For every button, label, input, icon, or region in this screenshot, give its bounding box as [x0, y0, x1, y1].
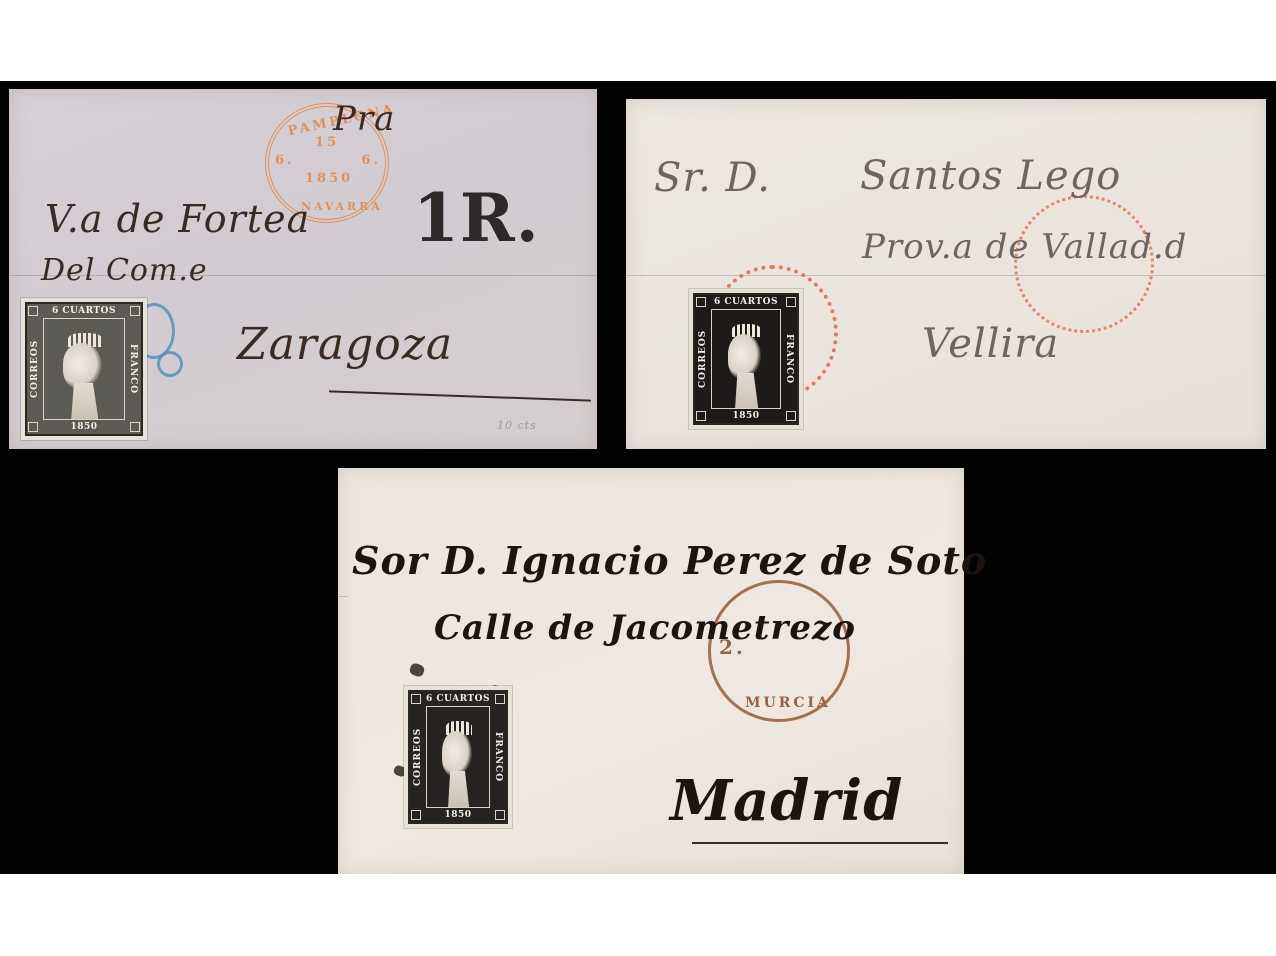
fold-line: [626, 275, 1266, 276]
stamp-6-cuartos-grey: 6 CUARTOS CORREOS FRANCO 1850: [21, 298, 147, 440]
underline: [692, 842, 948, 844]
postmark-murcia: 2. MURCIA: [708, 580, 850, 722]
address-line: Calle de Jacometrezo: [434, 608, 856, 648]
address-line: Madrid: [670, 768, 903, 834]
address-line: Vellira: [922, 321, 1059, 367]
queen-portrait: [711, 309, 781, 409]
address-line: Del Com.e: [41, 253, 208, 288]
address-line: Sor D. Ignacio Perez de Soto: [352, 538, 987, 583]
blue-cancel: [157, 351, 183, 377]
address-line: Pra: [333, 99, 395, 139]
queen-portrait: [426, 706, 490, 808]
flourish: [329, 390, 591, 401]
pencil-notation: 10 cts: [497, 419, 537, 432]
rate-mark: 1R.: [413, 179, 540, 257]
address-line: Sr. D.: [654, 155, 771, 201]
address-line: Santos Lego: [860, 153, 1121, 199]
stamp-6-cuartos-black: 6 CUARTOS CORREOS FRANCO 1850: [404, 686, 512, 828]
stamp-6-cuartos-black: 6 CUARTOS CORREOS FRANCO 1850: [689, 289, 803, 429]
queen-portrait: [43, 318, 125, 420]
address-line: Zaragoza: [237, 319, 453, 370]
address-line: Prov.a de Vallad.d: [862, 227, 1187, 267]
fold-line: [338, 596, 348, 597]
address-line: V.a de Fortea: [45, 197, 310, 241]
cancel-mark: [408, 662, 425, 678]
